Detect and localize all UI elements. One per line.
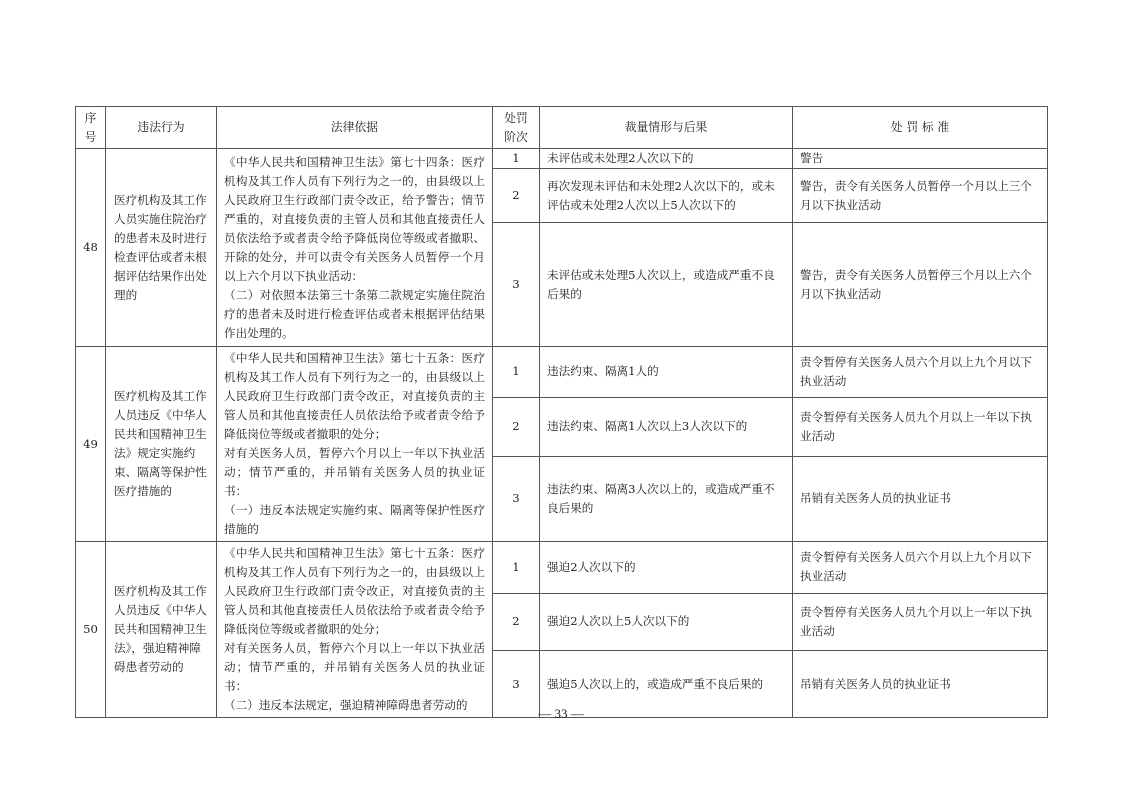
table-row: 48 医疗机构及其工作人员实施住院治疗的患者未及时进行检查评估或者未根据评估结果… (76, 149, 1048, 169)
level-cell: 3 (493, 223, 540, 347)
header-level: 处罚阶次 (493, 107, 540, 149)
circumstance-cell: 违法约束、隔离1人次以上3人次以下的 (540, 397, 793, 456)
legal-basis-text: 《中华人民共和国精神卫生法》第七十五条：医疗机构及其工作人员有下列行为之一的，由… (224, 349, 485, 539)
header-legal-basis: 法律依据 (217, 107, 493, 149)
level-cell: 2 (493, 397, 540, 456)
standard-cell: 警告 (793, 149, 1048, 169)
table-row: 49 医疗机构及其工作人员违反《中华人民共和国精神卫生法》规定实施约束、隔离等保… (76, 347, 1048, 398)
row-number: 50 (76, 542, 106, 718)
standard-cell: 警告，责令有关医务人员暂停三个月以上六个月以下执业活动 (793, 223, 1048, 347)
header-circumstances: 裁量情形与后果 (540, 107, 793, 149)
circumstance-cell: 未评估或未处理2人次以下的 (540, 149, 793, 169)
level-cell: 2 (493, 593, 540, 651)
standard-cell: 责令暂停有关医务人员六个月以上九个月以下执业活动 (793, 542, 1048, 594)
circumstance-cell: 强迫2人次以上5人次以下的 (540, 593, 793, 651)
row-number: 48 (76, 149, 106, 347)
standard-cell: 警告，责令有关医务人员暂停一个月以上三个月以下执业活动 (793, 169, 1048, 223)
page-number: — 33 — (0, 706, 1122, 722)
circumstance-cell: 违法约束、隔离3人次以上的，或造成严重不良后果的 (540, 456, 793, 541)
standard-cell: 吊销有关医务人员的执业证书 (793, 456, 1048, 541)
level-cell: 1 (493, 347, 540, 398)
legal-basis-text: 《中华人民共和国精神卫生法》第七十四条：医疗机构及其工作人员有下列行为之一的，由… (224, 153, 485, 343)
header-standard: 处 罚 标 准 (793, 107, 1048, 149)
violation-cell: 医疗机构及其工作人员违反《中华人民共和国精神卫生法》，强迫精神障碍患者劳动的 (106, 542, 217, 718)
penalty-standards-table: 序号 违法行为 法律依据 处罚阶次 裁量情形与后果 处 罚 标 准 48 医疗机… (75, 106, 1048, 718)
row-number: 49 (76, 347, 106, 542)
level-cell: 1 (493, 149, 540, 169)
circumstance-cell: 违法约束、隔离1人的 (540, 347, 793, 398)
header-violation: 违法行为 (106, 107, 217, 149)
legal-basis-cell: 《中华人民共和国精神卫生法》第七十四条：医疗机构及其工作人员有下列行为之一的，由… (217, 149, 493, 347)
table-header-row: 序号 违法行为 法律依据 处罚阶次 裁量情形与后果 处 罚 标 准 (76, 107, 1048, 149)
level-cell: 3 (493, 456, 540, 541)
legal-basis-text: 《中华人民共和国精神卫生法》第七十五条：医疗机构及其工作人员有下列行为之一的，由… (224, 544, 485, 715)
violation-cell: 医疗机构及其工作人员违反《中华人民共和国精神卫生法》规定实施约束、隔离等保护性医… (106, 347, 217, 542)
level-cell: 1 (493, 542, 540, 594)
legal-basis-cell: 《中华人民共和国精神卫生法》第七十五条：医疗机构及其工作人员有下列行为之一的，由… (217, 542, 493, 718)
legal-basis-cell: 《中华人民共和国精神卫生法》第七十五条：医疗机构及其工作人员有下列行为之一的，由… (217, 347, 493, 542)
circumstance-cell: 未评估或未处理5人次以上，或造成严重不良后果的 (540, 223, 793, 347)
standard-cell: 责令暂停有关医务人员六个月以上九个月以下执业活动 (793, 347, 1048, 398)
circumstance-cell: 再次发现未评估和未处理2人次以下的，或未评估或未处理2人次以上5人次以下的 (540, 169, 793, 223)
header-no: 序号 (76, 107, 106, 149)
standard-cell: 责令暂停有关医务人员九个月以上一年以下执业活动 (793, 593, 1048, 651)
standard-cell: 责令暂停有关医务人员九个月以上一年以下执业活动 (793, 397, 1048, 456)
violation-cell: 医疗机构及其工作人员实施住院治疗的患者未及时进行检查评估或者未根据评估结果作出处… (106, 149, 217, 347)
table-row: 50 医疗机构及其工作人员违反《中华人民共和国精神卫生法》，强迫精神障碍患者劳动… (76, 542, 1048, 594)
circumstance-cell: 强迫2人次以下的 (540, 542, 793, 594)
level-cell: 2 (493, 169, 540, 223)
